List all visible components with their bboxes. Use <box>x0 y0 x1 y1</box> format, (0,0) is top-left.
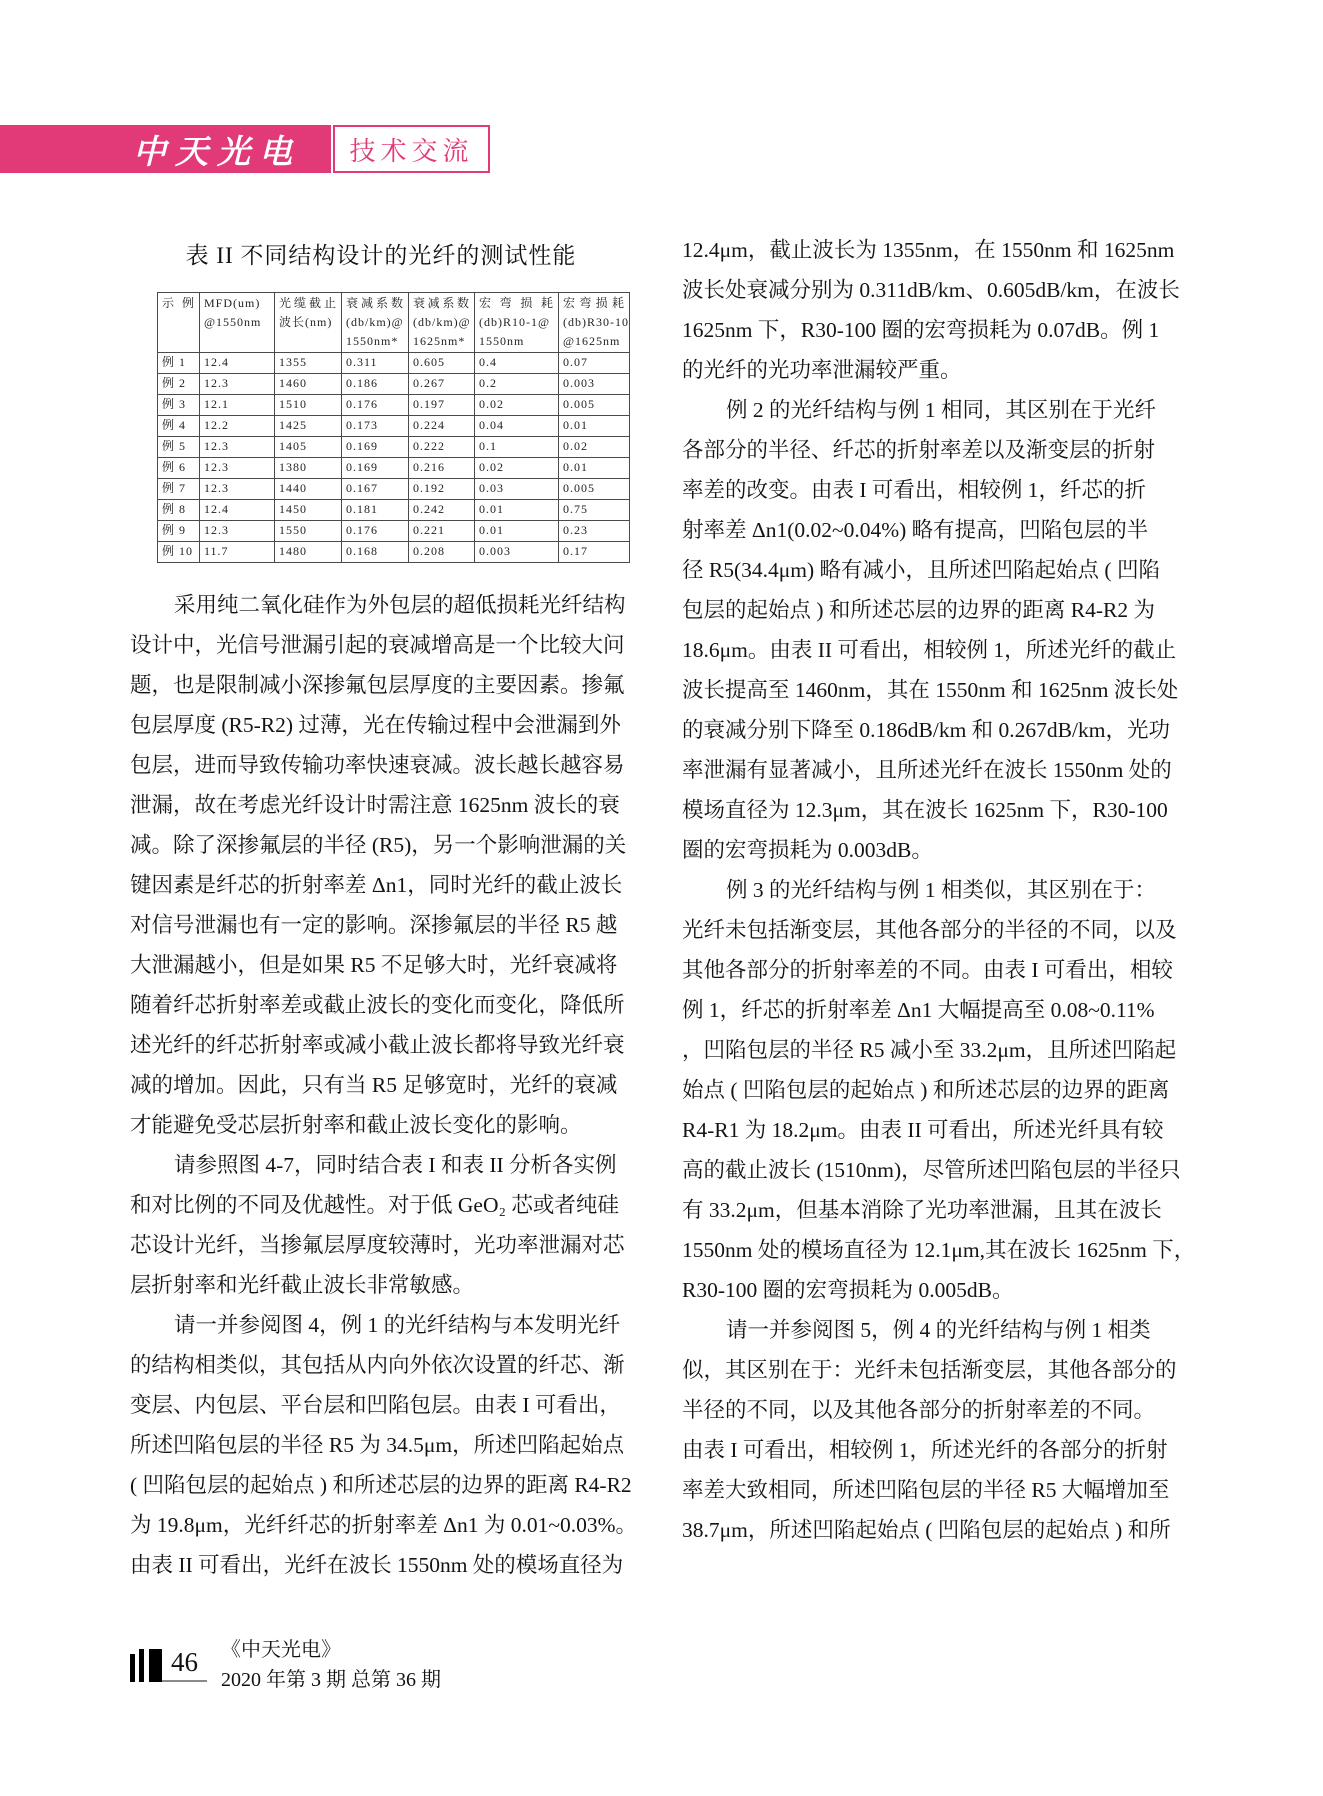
table-cell: 0.01 <box>475 521 559 542</box>
table-cell: 12.1 <box>200 395 275 416</box>
brand-banner: 中天光电 <box>0 125 331 173</box>
table-row: 例 1011.714800.1680.2080.0030.17 <box>158 542 630 563</box>
table-row: 例 912.315500.1760.2210.010.23 <box>158 521 630 542</box>
table-cell: 0.267 <box>409 374 475 395</box>
text-line: 例 3 的光纤结构与例 1 相类似，其区别在于： <box>682 870 1197 910</box>
table-header-cell: 宏弯损耗(db)R10-1@1550nm <box>475 293 559 353</box>
text-line: 包层，进而导致传输功率快速衰减。波长越长越容易 <box>130 745 632 785</box>
table-cell: 0.311 <box>342 353 409 374</box>
text-line: 减的增加。因此，只有当 R5 足够宽时，光纤的衰减 <box>130 1065 632 1105</box>
table-row: 例 512.314050.1690.2220.10.02 <box>158 437 630 458</box>
text-line: 圈的宏弯损耗为 0.003dB。 <box>682 830 1197 870</box>
table-cell: 0.167 <box>342 479 409 500</box>
table-cell: 0.01 <box>475 500 559 521</box>
table-cell: 1355 <box>275 353 342 374</box>
text-line: 38.7μm，所述凹陷起始点 ( 凹陷包层的起始点 ) 和所 <box>682 1510 1197 1550</box>
table-cell: 1440 <box>275 479 342 500</box>
paragraph: 请参照图 4-7，同时结合表 I 和表 II 分析各实例和对比例的不同及优越性。… <box>130 1145 632 1305</box>
text-line: 射率差 Δn1(0.02~0.04%) 略有提高，凹陷包层的半 <box>682 510 1197 550</box>
table-cell: 1460 <box>275 374 342 395</box>
text-line: 率泄漏有显著减小，且所述光纤在波长 1550nm 处的 <box>682 750 1197 790</box>
text-line: 12.4μm，截止波长为 1355nm，在 1550nm 和 1625nm <box>682 230 1197 270</box>
table-header-line: 宏弯损耗 <box>479 294 554 313</box>
table-row: 例 212.314600.1860.2670.20.003 <box>158 374 630 395</box>
table-cell: 1550 <box>275 521 342 542</box>
table-cell: 0.04 <box>475 416 559 437</box>
text-line: ，凹陷包层的半径 R5 减小至 33.2μm，且所述凹陷起 <box>682 1030 1197 1070</box>
table-cell: 0.176 <box>342 521 409 542</box>
table-header-line: (db/km)@ <box>413 313 470 332</box>
text-line: 由表 II 可看出，光纤在波长 1550nm 处的模场直径为 <box>130 1545 632 1585</box>
text-line: 高的截止波长 (1510nm)，尽管所述凹陷包层的半径只 <box>682 1150 1197 1190</box>
table-header-line: @1625nm <box>563 332 625 351</box>
table-header-line: 1550nm <box>479 332 554 351</box>
text-line: 的光纤的光功率泄漏较严重。 <box>682 350 1197 390</box>
table-cell: 11.7 <box>200 542 275 563</box>
table-header-line: 1625nm* <box>413 332 470 351</box>
table-cell: 例 3 <box>158 395 200 416</box>
table-head: 示例MFD(um)@1550nm光缆截止波长(nm)衰减系数(db/km)@15… <box>158 293 630 353</box>
table-cell: 1425 <box>275 416 342 437</box>
text-line: 大泄漏越小，但是如果 R5 不足够大时，光纤衰减将 <box>130 945 632 985</box>
table-cell: 0.176 <box>342 395 409 416</box>
paragraph: 12.4μm，截止波长为 1355nm，在 1550nm 和 1625nm波长处… <box>682 230 1197 390</box>
text-line: 请一并参阅图 5，例 4 的光纤结构与例 1 相类 <box>682 1310 1197 1350</box>
table-header-cell: 宏弯损耗(db)R30-100@1625nm <box>559 293 630 353</box>
table-cell: 0.208 <box>409 542 475 563</box>
table-title: 表 II 不同结构设计的光纤的测试性能 <box>130 240 632 272</box>
table-header-row: 示例MFD(um)@1550nm光缆截止波长(nm)衰减系数(db/km)@15… <box>158 293 630 353</box>
table-cell: 例 4 <box>158 416 200 437</box>
footer-bar-icon <box>149 1649 162 1682</box>
table-cell: 0.181 <box>342 500 409 521</box>
table-header-line: 衰减系数 <box>413 294 470 313</box>
text-line: 由表 I 可看出，相较例 1，所述光纤的各部分的折射 <box>682 1430 1197 1470</box>
table-header-line: 示例 <box>162 294 195 313</box>
table-cell: 0.02 <box>475 458 559 479</box>
right-column-text: 12.4μm，截止波长为 1355nm，在 1550nm 和 1625nm波长处… <box>682 230 1197 1550</box>
table-header-line: MFD(um) <box>204 294 270 313</box>
footer-bar-icon <box>130 1654 135 1682</box>
text-line: 设计中，光信号泄漏引起的衰减增高是一个比较大问 <box>130 625 632 665</box>
text-line: 泄漏，故在考虑光纤设计时需注意 1625nm 波长的衰 <box>130 785 632 825</box>
right-column: 12.4μm，截止波长为 1355nm，在 1550nm 和 1625nm波长处… <box>682 230 1197 1550</box>
table-header-line: (db)R10-1@ <box>479 313 554 332</box>
footer-bar-icon <box>139 1649 144 1682</box>
text-line: 1625nm 下，R30-100 圈的宏弯损耗为 0.07dB。例 1 <box>682 310 1197 350</box>
table-cell: 0.01 <box>559 416 630 437</box>
text-line: 包层厚度 (R5-R2) 过薄，光在传输过程中会泄漏到外 <box>130 705 632 745</box>
table-body: 例 112.413550.3110.6050.40.07例 212.314600… <box>158 353 630 563</box>
table-cell: 12.3 <box>200 458 275 479</box>
text-line: 述光纤的纤芯折射率或减小截止波长都将导致光纤衰 <box>130 1025 632 1065</box>
text-line: 芯设计光纤，当掺氟层厚度较薄时，光功率泄漏对芯 <box>130 1225 632 1265</box>
table-cell: 1480 <box>275 542 342 563</box>
text-line: 采用纯二氧化硅作为外包层的超低损耗光纤结构 <box>130 585 632 625</box>
table-cell: 0.02 <box>559 437 630 458</box>
text-line: 率差的改变。由表 I 可看出，相较例 1，纤芯的折 <box>682 470 1197 510</box>
table-cell: 0.169 <box>342 437 409 458</box>
text-line: 模场直径为 12.3μm，其在波长 1625nm 下，R30-100 <box>682 790 1197 830</box>
table-cell: 0.192 <box>409 479 475 500</box>
text-line: 18.6μm。由表 II 可看出，相较例 1，所述光纤的截止 <box>682 630 1197 670</box>
table-cell: 例 6 <box>158 458 200 479</box>
table-cell: 例 10 <box>158 542 200 563</box>
paragraph: 例 2 的光纤结构与例 1 相同，其区别在于光纤各部分的半径、纤芯的折射率差以及… <box>682 390 1197 870</box>
table-cell: 0.605 <box>409 353 475 374</box>
paragraph: 请一并参阅图 5，例 4 的光纤结构与例 1 相类似，其区别在于：光纤未包括渐变… <box>682 1310 1197 1550</box>
table-cell: 例 5 <box>158 437 200 458</box>
table-cell: 0.169 <box>342 458 409 479</box>
table-header-line: 1550nm* <box>346 332 404 351</box>
footer: 46 《中天光电》 2020 年第 3 期 总第 36 期 <box>130 1633 441 1695</box>
table-header-line: 衰减系数 <box>346 294 404 313</box>
table-cell: 例 7 <box>158 479 200 500</box>
table-cell: 0.242 <box>409 500 475 521</box>
text-line: 其他各部分的折射率差的不同。由表 I 可看出，相较 <box>682 950 1197 990</box>
table-cell: 0.168 <box>342 542 409 563</box>
text-line: 所述凹陷包层的半径 R5 为 34.5μm，所述凹陷起始点 <box>130 1425 632 1465</box>
table-header-line: (db/km)@ <box>346 313 404 332</box>
table-header-cell: MFD(um)@1550nm <box>200 293 275 353</box>
table-cell: 0.003 <box>475 542 559 563</box>
text-line: 变层、内包层、平台层和凹陷包层。由表 I 可看出， <box>130 1385 632 1425</box>
text-line: 例 2 的光纤结构与例 1 相同，其区别在于光纤 <box>682 390 1197 430</box>
text-line: 率差大致相同，所述凹陷包层的半径 R5 大幅增加至 <box>682 1470 1197 1510</box>
left-column-text: 采用纯二氧化硅作为外包层的超低损耗光纤结构设计中，光信号泄漏引起的衰减增高是一个… <box>130 585 632 1585</box>
brand-logo: 中天光电 <box>133 126 301 173</box>
table-cell: 0.003 <box>559 374 630 395</box>
table-cell: 0.005 <box>559 479 630 500</box>
text-line: 各部分的半径、纤芯的折射率差以及渐变层的折射 <box>682 430 1197 470</box>
table-cell: 0.224 <box>409 416 475 437</box>
text-line: 的衰减分别下降至 0.186dB/km 和 0.267dB/km，光功 <box>682 710 1197 750</box>
table-row: 例 412.214250.1730.2240.040.01 <box>158 416 630 437</box>
table-header-line: @1550nm <box>204 313 270 332</box>
table-header-cell: 光缆截止波长(nm) <box>275 293 342 353</box>
text-line: 才能避免受芯层折射率和截止波长变化的影响。 <box>130 1105 632 1145</box>
text-line: 键因素是纤芯的折射率差 Δn1，同时光纤的截止波长 <box>130 865 632 905</box>
text-line: 请参照图 4-7，同时结合表 I 和表 II 分析各实例 <box>130 1145 632 1185</box>
table-cell: 例 8 <box>158 500 200 521</box>
table-cell: 1450 <box>275 500 342 521</box>
table-cell: 0.2 <box>475 374 559 395</box>
text-line: R30-100 圈的宏弯损耗为 0.005dB。 <box>682 1270 1197 1310</box>
table-cell: 1405 <box>275 437 342 458</box>
section-label: 技术交流 <box>349 131 473 168</box>
text-line: 对信号泄漏也有一定的影响。深掺氟层的半径 R5 越 <box>130 905 632 945</box>
table-cell: 0.17 <box>559 542 630 563</box>
page-number: 46 <box>162 1648 207 1682</box>
table-cell: 例 2 <box>158 374 200 395</box>
table-cell: 1380 <box>275 458 342 479</box>
table-cell: 0.03 <box>475 479 559 500</box>
text-line: 似，其区别在于：光纤未包括渐变层，其他各部分的 <box>682 1350 1197 1390</box>
table-row: 例 312.115100.1760.1970.020.005 <box>158 395 630 416</box>
text-line: 有 33.2μm，但基本消除了光功率泄漏，且其在波长 <box>682 1190 1197 1230</box>
table-cell: 12.4 <box>200 353 275 374</box>
text-line: 减。除了深掺氟层的半径 (R5)，另一个影响泄漏的关 <box>130 825 632 865</box>
text-line: ( 凹陷包层的起始点 ) 和所述芯层的边界的距离 R4-R2 <box>130 1465 632 1505</box>
table-cell: 0.173 <box>342 416 409 437</box>
table-header-line: 波长(nm) <box>279 313 337 332</box>
text-line: 径 R5(34.4μm) 略有减小，且所述凹陷起始点 ( 凹陷 <box>682 550 1197 590</box>
table-cell: 0.01 <box>559 458 630 479</box>
table-cell: 例 1 <box>158 353 200 374</box>
paragraph: 请一并参阅图 4，例 1 的光纤结构与本发明光纤的结构相类似，其包括从内向外依次… <box>130 1305 632 1585</box>
table-header-cell: 衰减系数(db/km)@1625nm* <box>409 293 475 353</box>
text-line: 和对比例的不同及优越性。对于低 GeO₂ 芯或者纯硅 <box>130 1185 632 1225</box>
footer-page-block: 46 <box>130 1648 207 1682</box>
text-line: 波长提高至 1460nm，其在 1550nm 和 1625nm 波长处 <box>682 670 1197 710</box>
text-line: 光纤未包括渐变层，其他各部分的半径的不同，以及 <box>682 910 1197 950</box>
text-line: 为 19.8μm，光纤纤芯的折射率差 Δn1 为 0.01~0.03%。 <box>130 1505 632 1545</box>
text-line: 层折射率和光纤截止波长非常敏感。 <box>130 1265 632 1305</box>
table-header-line: 光缆截止 <box>279 294 337 313</box>
text-line: 请一并参阅图 4，例 1 的光纤结构与本发明光纤 <box>130 1305 632 1345</box>
text-line: 例 1，纤芯的折射率差 Δn1 大幅提高至 0.08~0.11% <box>682 990 1197 1030</box>
paragraph: 例 3 的光纤结构与例 1 相类似，其区别在于：光纤未包括渐变层，其他各部分的半… <box>682 870 1197 1310</box>
journal-issue: 2020 年第 3 期 总第 36 期 <box>221 1665 441 1695</box>
table-cell: 0.1 <box>475 437 559 458</box>
table-cell: 0.197 <box>409 395 475 416</box>
table-header-line: 宏弯损耗 <box>563 294 625 313</box>
table-row: 例 812.414500.1810.2420.010.75 <box>158 500 630 521</box>
table-cell: 0.222 <box>409 437 475 458</box>
table-cell: 12.3 <box>200 479 275 500</box>
table-header-cell: 示例 <box>158 293 200 353</box>
text-line: 题，也是限制减小深掺氟包层厚度的主要因素。掺氟 <box>130 665 632 705</box>
table-row: 例 112.413550.3110.6050.40.07 <box>158 353 630 374</box>
table-row: 例 712.314400.1670.1920.030.005 <box>158 479 630 500</box>
table-cell: 0.186 <box>342 374 409 395</box>
section-label-box: 技术交流 <box>333 125 490 173</box>
table-cell: 0.75 <box>559 500 630 521</box>
journal-name: 《中天光电》 <box>221 1635 441 1665</box>
table-cell: 0.221 <box>409 521 475 542</box>
table-cell: 12.3 <box>200 521 275 542</box>
table-cell: 0.07 <box>559 353 630 374</box>
text-line: 的结构相类似，其包括从内向外依次设置的纤芯、渐 <box>130 1345 632 1385</box>
text-line: R4-R1 为 18.2μm。由表 II 可看出，所述光纤具有较 <box>682 1110 1197 1150</box>
table-cell: 12.4 <box>200 500 275 521</box>
text-line: 波长处衰减分别为 0.311dB/km、0.605dB/km，在波长 <box>682 270 1197 310</box>
table-cell: 例 9 <box>158 521 200 542</box>
table-cell: 0.216 <box>409 458 475 479</box>
table-header-cell: 衰减系数(db/km)@1550nm* <box>342 293 409 353</box>
table-row: 例 612.313800.1690.2160.020.01 <box>158 458 630 479</box>
table-cell: 12.3 <box>200 437 275 458</box>
table-cell: 12.3 <box>200 374 275 395</box>
text-line: 随着纤芯折射率差或截止波长的变化而变化，降低所 <box>130 985 632 1025</box>
table-cell: 0.4 <box>475 353 559 374</box>
table-cell: 0.005 <box>559 395 630 416</box>
performance-table: 示例MFD(um)@1550nm光缆截止波长(nm)衰减系数(db/km)@15… <box>157 292 630 563</box>
table-cell: 0.23 <box>559 521 630 542</box>
table-header-line: (db)R30-100 <box>563 313 625 332</box>
left-column: 表 II 不同结构设计的光纤的测试性能 示例MFD(um)@1550nm光缆截止… <box>130 240 632 1585</box>
text-line: 包层的起始点 ) 和所述芯层的边界的距离 R4-R2 为 <box>682 590 1197 630</box>
table-cell: 1510 <box>275 395 342 416</box>
table-cell: 0.02 <box>475 395 559 416</box>
text-line: 1550nm 处的模场直径为 12.1μm,其在波长 1625nm 下， <box>682 1230 1197 1270</box>
table-cell: 12.2 <box>200 416 275 437</box>
footer-journal-block: 《中天光电》 2020 年第 3 期 总第 36 期 <box>221 1635 441 1695</box>
text-line: 始点 ( 凹陷包层的起始点 ) 和所述芯层的边界的距离 <box>682 1070 1197 1110</box>
paragraph: 采用纯二氧化硅作为外包层的超低损耗光纤结构设计中，光信号泄漏引起的衰减增高是一个… <box>130 585 632 1145</box>
text-line: 半径的不同，以及其他各部分的折射率差的不同。 <box>682 1390 1197 1430</box>
